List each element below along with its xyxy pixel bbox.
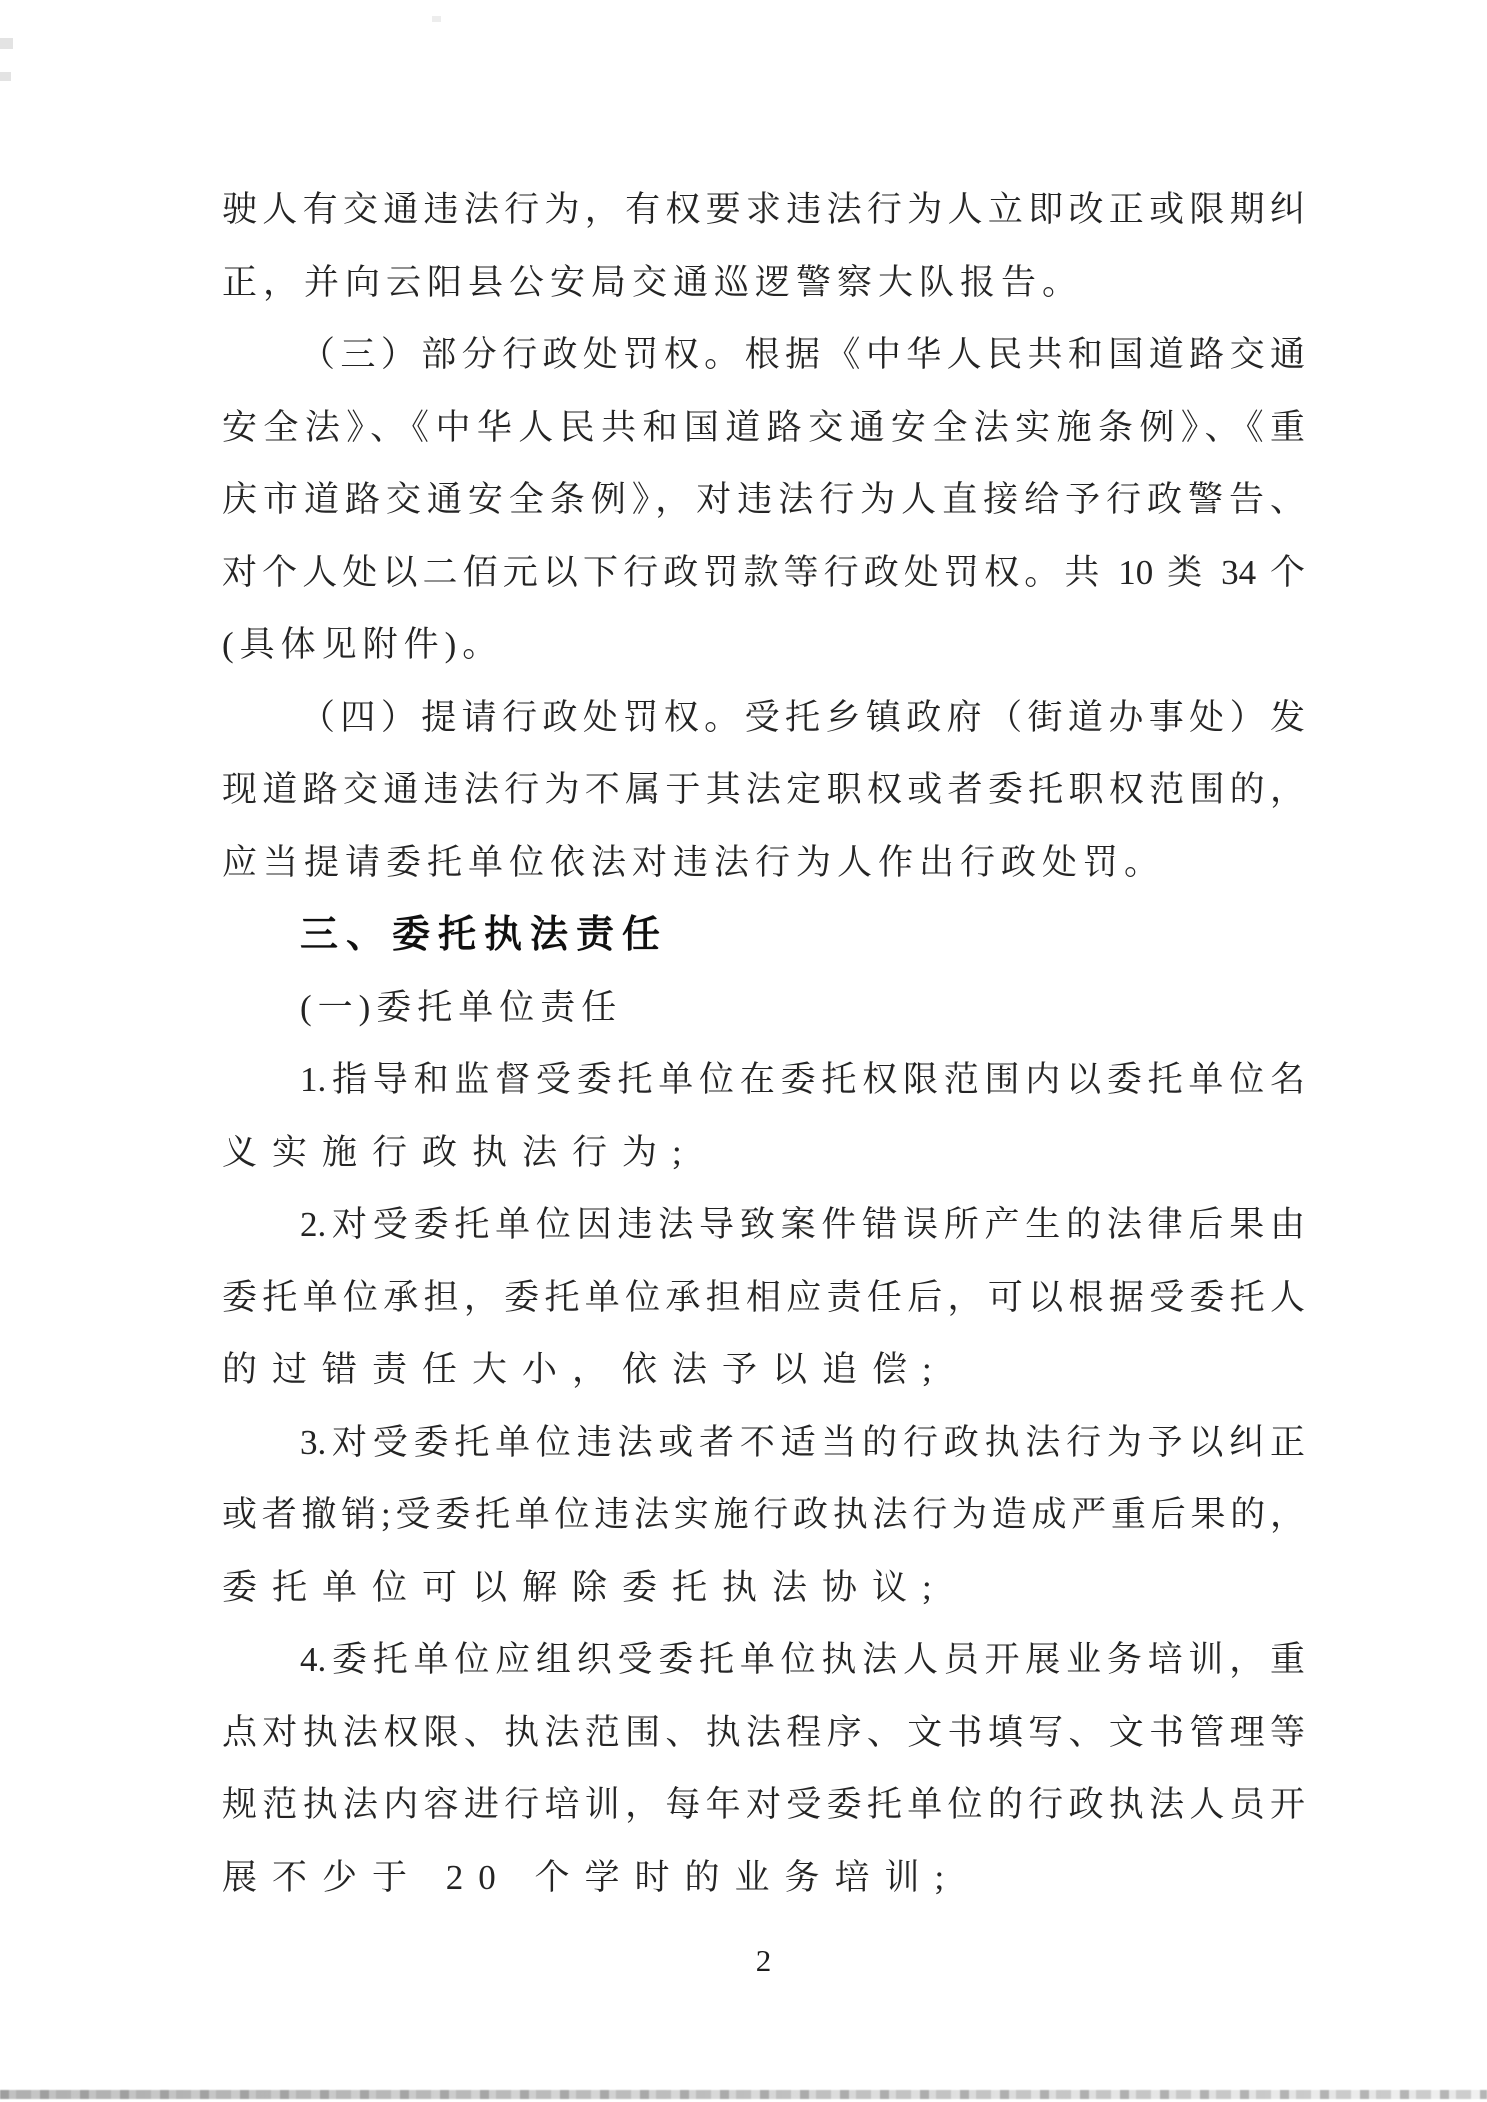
- document-text-block: 驶人有交通违法行为，有权要求违法行为人立即改正或限期纠正，并向云阳县公安局交通巡…: [222, 174, 1305, 1914]
- text-line: 应当提请委托单位依法对违法行为人作出行政处罚。: [222, 827, 1305, 900]
- scan-speck: [0, 72, 11, 81]
- text-line: 庆市道路交通安全条例》，对违法行为人直接给予行政警告、: [222, 464, 1305, 537]
- text-line: 对个人处以二佰元以下行政罚款等行政处罚权。共 10 类 34 个: [222, 537, 1305, 610]
- scan-speck: [432, 16, 441, 22]
- text-line: （四）提请行政处罚权。受托乡镇政府（街道办事处）发: [222, 682, 1305, 755]
- text-line: 现道路交通违法行为不属于其法定职权或者委托职权范围的，: [222, 754, 1305, 827]
- text-line: 点对执法权限、执法范围、执法程序、文书填写、文书管理等: [222, 1697, 1305, 1770]
- section-heading: 三、委托执法责任: [222, 899, 1305, 972]
- text-line: 展不少于 20 个学时的业务培训;: [222, 1842, 1305, 1915]
- text-line: 4.委托单位应组织受委托单位执法人员开展业务培训，重: [222, 1624, 1305, 1697]
- text-line: 1.指导和监督受委托单位在委托权限范围内以委托单位名: [222, 1044, 1305, 1117]
- text-line: 2.对受委托单位因违法导致案件错误所产生的法律后果由: [222, 1189, 1305, 1262]
- text-line: 驶人有交通违法行为，有权要求违法行为人立即改正或限期纠: [222, 174, 1305, 247]
- text-line: 义实施行政执法行为;: [222, 1117, 1305, 1190]
- text-line: （三）部分行政处罚权。根据《中华人民共和国道路交通: [222, 319, 1305, 392]
- text-line: 委托单位承担，委托单位承担相应责任后，可以根据受委托人: [222, 1262, 1305, 1335]
- document-page: 驶人有交通违法行为，有权要求违法行为人立即改正或限期纠正，并向云阳县公安局交通巡…: [0, 0, 1487, 2102]
- text-line: 或者撤销;受委托单位违法实施行政执法行为造成严重后果的，: [222, 1479, 1305, 1552]
- page-number: 2: [222, 1938, 1305, 1984]
- scan-speck: [0, 38, 13, 49]
- scan-artifact-bottom-edge: [0, 2090, 1487, 2099]
- text-line: (一)委托单位责任: [222, 972, 1305, 1045]
- text-line: (具体见附件)。: [222, 609, 1305, 682]
- text-line: 3.对受委托单位违法或者不适当的行政执法行为予以纠正: [222, 1407, 1305, 1480]
- text-line: 规范执法内容进行培训，每年对受委托单位的行政执法人员开: [222, 1769, 1305, 1842]
- text-line: 安全法》、《中华人民共和国道路交通安全法实施条例》、《重: [222, 392, 1305, 465]
- text-line: 委托单位可以解除委托执法协议;: [222, 1552, 1305, 1625]
- text-line: 的过错责任大小，依法予以追偿;: [222, 1334, 1305, 1407]
- text-line: 正，并向云阳县公安局交通巡逻警察大队报告。: [222, 247, 1305, 320]
